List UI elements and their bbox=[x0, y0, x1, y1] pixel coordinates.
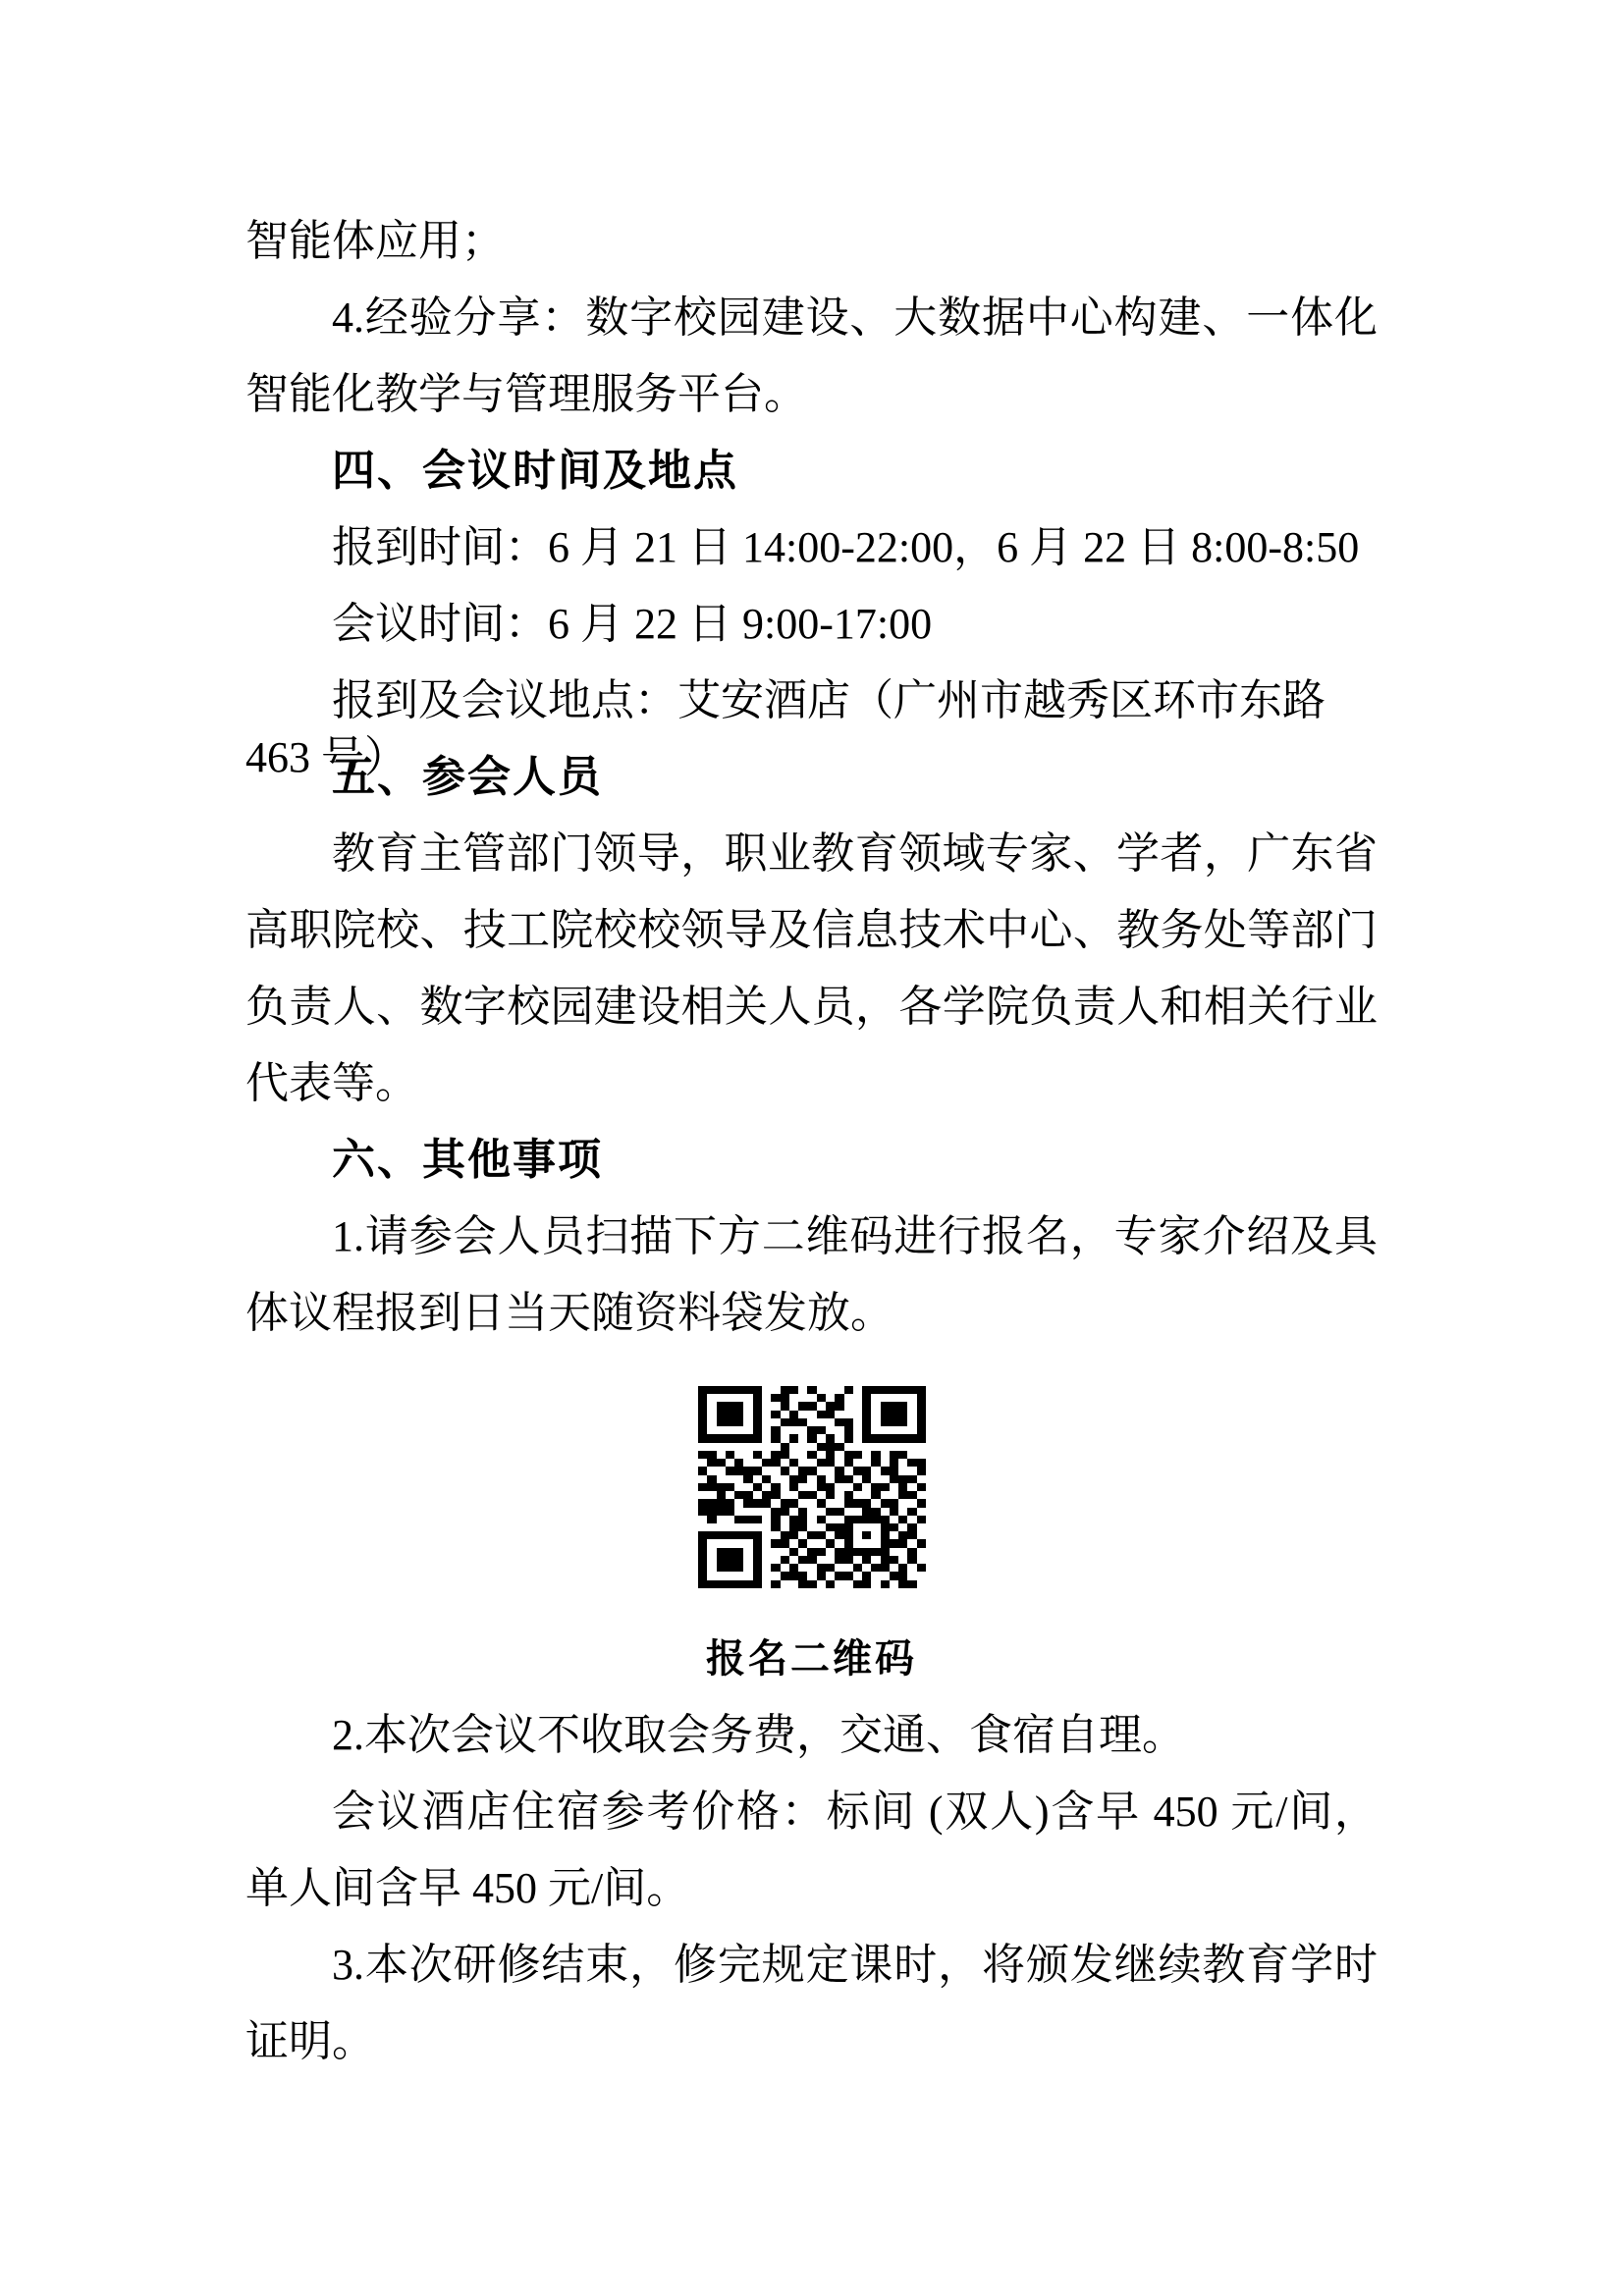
qr-module bbox=[798, 1572, 807, 1579]
qr-module bbox=[707, 1491, 716, 1499]
qr-row bbox=[698, 1539, 926, 1547]
qr-module bbox=[871, 1386, 880, 1394]
qr-module bbox=[881, 1418, 890, 1426]
qr-module bbox=[734, 1531, 743, 1539]
qr-module bbox=[743, 1491, 752, 1499]
qr-module bbox=[734, 1564, 743, 1572]
qr-module bbox=[881, 1394, 890, 1402]
qr-module bbox=[698, 1459, 707, 1467]
qr-module bbox=[853, 1572, 862, 1579]
qr-module bbox=[717, 1467, 726, 1474]
qr-module bbox=[781, 1418, 789, 1426]
qr-module bbox=[817, 1572, 826, 1579]
qr-module bbox=[698, 1491, 707, 1499]
qr-module bbox=[771, 1523, 780, 1531]
qr-module bbox=[753, 1411, 762, 1418]
qr-module bbox=[743, 1411, 752, 1418]
qr-module bbox=[753, 1434, 762, 1442]
qr-row bbox=[698, 1548, 926, 1556]
qr-module bbox=[871, 1491, 880, 1499]
qr-module bbox=[771, 1386, 780, 1394]
qr-module bbox=[698, 1411, 707, 1418]
qr-module bbox=[807, 1443, 816, 1451]
qr-module bbox=[743, 1426, 752, 1434]
qr-module bbox=[826, 1467, 835, 1474]
qr-module bbox=[743, 1434, 752, 1442]
qr-module bbox=[835, 1411, 843, 1418]
qr-module bbox=[734, 1556, 743, 1564]
qr-module bbox=[826, 1394, 835, 1402]
qr-module bbox=[890, 1556, 898, 1564]
qr-module bbox=[898, 1483, 907, 1491]
qr-module bbox=[807, 1572, 816, 1579]
qr-module bbox=[817, 1499, 826, 1507]
qr-module bbox=[789, 1556, 798, 1564]
qr-module bbox=[734, 1418, 743, 1426]
qr-module bbox=[717, 1411, 726, 1418]
qr-module bbox=[844, 1402, 853, 1410]
qr-module bbox=[726, 1564, 734, 1572]
qr-module bbox=[707, 1564, 716, 1572]
qr-module bbox=[807, 1483, 816, 1491]
qr-module bbox=[807, 1564, 816, 1572]
qr-module bbox=[871, 1394, 880, 1402]
qr-module bbox=[807, 1434, 816, 1442]
qr-module bbox=[844, 1516, 853, 1523]
qr-module bbox=[853, 1491, 862, 1499]
qr-module bbox=[734, 1572, 743, 1579]
qr-module bbox=[898, 1516, 907, 1523]
qr-module bbox=[898, 1434, 907, 1442]
qr-module bbox=[698, 1386, 707, 1394]
qr-module bbox=[707, 1475, 716, 1483]
qr-module bbox=[907, 1402, 916, 1410]
qr-module bbox=[917, 1531, 926, 1539]
qr-module bbox=[743, 1475, 752, 1483]
qr-module bbox=[771, 1394, 780, 1402]
qr-module bbox=[771, 1402, 780, 1410]
qr-module bbox=[881, 1443, 890, 1451]
qr-module bbox=[853, 1531, 862, 1539]
qr-module bbox=[817, 1467, 826, 1474]
qr-module bbox=[781, 1411, 789, 1418]
qr-module bbox=[917, 1394, 926, 1402]
qr-module bbox=[717, 1434, 726, 1442]
qr-module bbox=[917, 1418, 926, 1426]
qr-module bbox=[898, 1426, 907, 1434]
qr-module bbox=[871, 1556, 880, 1564]
qr-module bbox=[707, 1483, 716, 1491]
qr-module bbox=[807, 1467, 816, 1474]
qr-module bbox=[881, 1516, 890, 1523]
qr-row bbox=[698, 1394, 926, 1402]
qr-module bbox=[698, 1426, 707, 1434]
doc-line: 教育主管部门领导，职业教育领域专家、学者，广东省 bbox=[245, 826, 1378, 882]
qr-module bbox=[898, 1556, 907, 1564]
qr-module bbox=[698, 1443, 707, 1451]
qr-module bbox=[789, 1499, 798, 1507]
doc-line: 报到时间：6 月 21 日 14:00-22:00，6 月 22 日 8:00-… bbox=[245, 519, 1378, 576]
qr-row bbox=[698, 1451, 926, 1459]
qr-module bbox=[862, 1434, 871, 1442]
qr-row bbox=[698, 1572, 926, 1579]
qr-module bbox=[835, 1491, 843, 1499]
qr-module bbox=[890, 1508, 898, 1516]
qr-module bbox=[771, 1499, 780, 1507]
qr-module bbox=[743, 1499, 752, 1507]
qr-module bbox=[726, 1434, 734, 1442]
qr-module bbox=[826, 1459, 835, 1467]
qr-module bbox=[753, 1499, 762, 1507]
qr-module bbox=[871, 1451, 880, 1459]
qr-module bbox=[734, 1523, 743, 1531]
qr-module bbox=[698, 1580, 707, 1588]
qr-module bbox=[898, 1459, 907, 1467]
qr-module bbox=[771, 1443, 780, 1451]
qr-module bbox=[853, 1580, 862, 1588]
qr-module bbox=[835, 1572, 843, 1579]
qr-module bbox=[817, 1402, 826, 1410]
qr-module bbox=[853, 1443, 862, 1451]
qr-module bbox=[890, 1386, 898, 1394]
qr-module bbox=[898, 1564, 907, 1572]
qr-module bbox=[898, 1467, 907, 1474]
qr-module bbox=[798, 1467, 807, 1474]
qr-module bbox=[807, 1580, 816, 1588]
qr-module bbox=[753, 1508, 762, 1516]
qr-module bbox=[853, 1411, 862, 1418]
qr-module bbox=[917, 1443, 926, 1451]
qr-module bbox=[917, 1539, 926, 1547]
qr-module bbox=[917, 1572, 926, 1579]
qr-module bbox=[717, 1548, 726, 1556]
qr-module bbox=[844, 1418, 853, 1426]
qr-module bbox=[781, 1386, 789, 1394]
qr-row bbox=[698, 1475, 926, 1483]
qr-module bbox=[917, 1564, 926, 1572]
qr-module bbox=[743, 1548, 752, 1556]
qr-module bbox=[881, 1580, 890, 1588]
qr-module bbox=[753, 1475, 762, 1483]
qr-module bbox=[771, 1483, 780, 1491]
qr-module bbox=[771, 1516, 780, 1523]
qr-module bbox=[881, 1572, 890, 1579]
qr-module bbox=[844, 1523, 853, 1531]
qr-module bbox=[743, 1516, 752, 1523]
qr-module bbox=[726, 1426, 734, 1434]
qr-module bbox=[917, 1451, 926, 1459]
qr-module bbox=[871, 1483, 880, 1491]
qr-module bbox=[881, 1475, 890, 1483]
qr-module bbox=[826, 1556, 835, 1564]
qr-module bbox=[890, 1531, 898, 1539]
qr-module bbox=[898, 1386, 907, 1394]
qr-module bbox=[707, 1580, 716, 1588]
qr-module bbox=[871, 1572, 880, 1579]
qr-module bbox=[717, 1483, 726, 1491]
qr-module bbox=[771, 1564, 780, 1572]
qr-module bbox=[717, 1572, 726, 1579]
qr-module bbox=[781, 1499, 789, 1507]
qr-module bbox=[881, 1483, 890, 1491]
qr-module bbox=[890, 1451, 898, 1459]
qr-module bbox=[762, 1443, 771, 1451]
qr-row bbox=[698, 1402, 926, 1410]
qr-module bbox=[789, 1443, 798, 1451]
qr-module bbox=[844, 1491, 853, 1499]
qr-module bbox=[881, 1386, 890, 1394]
qr-module bbox=[890, 1402, 898, 1410]
qr-module bbox=[862, 1508, 871, 1516]
qr-module bbox=[917, 1459, 926, 1467]
qr-module bbox=[771, 1539, 780, 1547]
qr-module bbox=[781, 1443, 789, 1451]
qr-module bbox=[890, 1483, 898, 1491]
qr-module bbox=[807, 1531, 816, 1539]
qr-module bbox=[807, 1451, 816, 1459]
qr-module bbox=[698, 1451, 707, 1459]
qr-module bbox=[826, 1411, 835, 1418]
qr-module bbox=[907, 1572, 916, 1579]
qr-module bbox=[734, 1434, 743, 1442]
qr-module bbox=[771, 1459, 780, 1467]
qr-module bbox=[781, 1548, 789, 1556]
qr-row bbox=[698, 1556, 926, 1564]
qr-module bbox=[753, 1580, 762, 1588]
qr-module bbox=[844, 1386, 853, 1394]
qr-module bbox=[835, 1548, 843, 1556]
qr-module bbox=[835, 1499, 843, 1507]
qr-module bbox=[807, 1499, 816, 1507]
qr-module bbox=[762, 1556, 771, 1564]
qr-module bbox=[807, 1516, 816, 1523]
qr-module bbox=[707, 1418, 716, 1426]
qr-module bbox=[753, 1539, 762, 1547]
qr-module bbox=[898, 1572, 907, 1579]
qr-module bbox=[734, 1580, 743, 1588]
qr-module bbox=[898, 1548, 907, 1556]
qr-module bbox=[807, 1539, 816, 1547]
qr-module bbox=[762, 1483, 771, 1491]
qr-module bbox=[707, 1531, 716, 1539]
qr-module bbox=[898, 1499, 907, 1507]
qr-module bbox=[917, 1411, 926, 1418]
qr-module bbox=[890, 1516, 898, 1523]
qr-module bbox=[862, 1523, 871, 1531]
qr-module bbox=[917, 1499, 926, 1507]
qr-module bbox=[881, 1459, 890, 1467]
qr-module bbox=[753, 1443, 762, 1451]
qr-module bbox=[862, 1539, 871, 1547]
qr-module bbox=[789, 1491, 798, 1499]
qr-module bbox=[835, 1467, 843, 1474]
qr-module bbox=[881, 1434, 890, 1442]
qr-module bbox=[781, 1539, 789, 1547]
qr-module bbox=[734, 1491, 743, 1499]
qr-module bbox=[698, 1402, 707, 1410]
qr-module bbox=[781, 1531, 789, 1539]
qr-module bbox=[862, 1451, 871, 1459]
qr-module bbox=[781, 1402, 789, 1410]
qr-module bbox=[717, 1459, 726, 1467]
qr-module bbox=[835, 1531, 843, 1539]
qr-module bbox=[890, 1426, 898, 1434]
qr-module bbox=[798, 1516, 807, 1523]
qr-module bbox=[898, 1394, 907, 1402]
qr-module bbox=[890, 1467, 898, 1474]
qr-module bbox=[717, 1508, 726, 1516]
qr-module bbox=[726, 1580, 734, 1588]
qr-row bbox=[698, 1531, 926, 1539]
qr-module bbox=[771, 1548, 780, 1556]
qr-module bbox=[862, 1426, 871, 1434]
doc-line: 负责人、数字校园建设相关人员，各学院负责人和相关行业 bbox=[245, 979, 1378, 1036]
qr-module bbox=[862, 1580, 871, 1588]
qr-module bbox=[743, 1418, 752, 1426]
qr-module bbox=[871, 1411, 880, 1418]
qr-module bbox=[862, 1475, 871, 1483]
qr-module bbox=[881, 1523, 890, 1531]
qr-module bbox=[835, 1386, 843, 1394]
qr-module bbox=[835, 1418, 843, 1426]
qr-module bbox=[698, 1418, 707, 1426]
qr-module bbox=[743, 1556, 752, 1564]
qr-module bbox=[717, 1491, 726, 1499]
qr-module bbox=[907, 1434, 916, 1442]
qr-module bbox=[717, 1516, 726, 1523]
qr-module bbox=[907, 1539, 916, 1547]
qr-module bbox=[789, 1394, 798, 1402]
qr-module bbox=[707, 1459, 716, 1467]
qr-module bbox=[707, 1402, 716, 1410]
qr-module bbox=[853, 1459, 862, 1467]
qr-module bbox=[743, 1508, 752, 1516]
qr-module bbox=[762, 1499, 771, 1507]
qr-module bbox=[898, 1443, 907, 1451]
qr-module bbox=[771, 1491, 780, 1499]
qr-module bbox=[781, 1564, 789, 1572]
qr-module bbox=[798, 1475, 807, 1483]
qr-module bbox=[907, 1564, 916, 1572]
doc-line: 会议酒店住宿参考价格：标间 (双人)含早 450 元/间， bbox=[245, 1784, 1378, 1841]
qr-module bbox=[771, 1426, 780, 1434]
qr-module bbox=[862, 1394, 871, 1402]
qr-module bbox=[717, 1499, 726, 1507]
qr-module bbox=[789, 1475, 798, 1483]
qr-module bbox=[917, 1508, 926, 1516]
qr-module bbox=[807, 1475, 816, 1483]
qr-module bbox=[734, 1394, 743, 1402]
qr-module bbox=[753, 1459, 762, 1467]
qr-module bbox=[698, 1564, 707, 1572]
qr-module bbox=[726, 1443, 734, 1451]
qr-module bbox=[798, 1556, 807, 1564]
qr-module bbox=[898, 1418, 907, 1426]
qr-module bbox=[726, 1411, 734, 1418]
doc-line: 4.经验分享：数字校园建设、大数据中心构建、一体化 bbox=[245, 290, 1378, 347]
qr-module bbox=[907, 1426, 916, 1434]
qr-module bbox=[798, 1499, 807, 1507]
qr-module bbox=[717, 1531, 726, 1539]
qr-module bbox=[890, 1580, 898, 1588]
qr-module bbox=[771, 1580, 780, 1588]
qr-module bbox=[698, 1499, 707, 1507]
qr-module bbox=[835, 1564, 843, 1572]
qr-module bbox=[743, 1443, 752, 1451]
qr-module bbox=[853, 1523, 862, 1531]
qr-row bbox=[698, 1499, 926, 1507]
qr-module bbox=[789, 1411, 798, 1418]
qr-module bbox=[881, 1508, 890, 1516]
qr-module bbox=[753, 1418, 762, 1426]
qr-module bbox=[871, 1516, 880, 1523]
qr-module bbox=[835, 1459, 843, 1467]
qr-module bbox=[734, 1483, 743, 1491]
qr-module bbox=[798, 1508, 807, 1516]
qr-module bbox=[817, 1580, 826, 1588]
qr-module bbox=[907, 1508, 916, 1516]
qr-module bbox=[881, 1411, 890, 1418]
qr-module bbox=[881, 1531, 890, 1539]
qr-module bbox=[853, 1508, 862, 1516]
qr-module bbox=[817, 1418, 826, 1426]
qr-module bbox=[753, 1531, 762, 1539]
qr-module bbox=[698, 1508, 707, 1516]
qr-module bbox=[817, 1426, 826, 1434]
qr-module bbox=[781, 1467, 789, 1474]
qr-module bbox=[871, 1564, 880, 1572]
qr-module bbox=[762, 1451, 771, 1459]
qr-module bbox=[898, 1411, 907, 1418]
qr-module bbox=[862, 1418, 871, 1426]
qr-row bbox=[698, 1426, 926, 1434]
qr-module bbox=[844, 1580, 853, 1588]
qr-module bbox=[881, 1556, 890, 1564]
qr-row bbox=[698, 1386, 926, 1394]
qr-row bbox=[698, 1418, 926, 1426]
qr-module bbox=[781, 1483, 789, 1491]
qr-module bbox=[890, 1491, 898, 1499]
qr-module bbox=[734, 1426, 743, 1434]
qr-module bbox=[771, 1467, 780, 1474]
qr-module bbox=[907, 1475, 916, 1483]
qr-module bbox=[844, 1539, 853, 1547]
qr-module bbox=[762, 1548, 771, 1556]
qr-module bbox=[771, 1418, 780, 1426]
qr-module bbox=[871, 1418, 880, 1426]
qr-module bbox=[853, 1475, 862, 1483]
qr-module bbox=[789, 1539, 798, 1547]
qr-module bbox=[898, 1508, 907, 1516]
qr-module bbox=[798, 1418, 807, 1426]
qr-module bbox=[743, 1531, 752, 1539]
qr-module bbox=[835, 1523, 843, 1531]
qr-module bbox=[890, 1459, 898, 1467]
qr-module bbox=[753, 1426, 762, 1434]
qr-module bbox=[907, 1483, 916, 1491]
qr-module bbox=[907, 1386, 916, 1394]
qr-module bbox=[771, 1556, 780, 1564]
qr-module bbox=[817, 1483, 826, 1491]
qr-module bbox=[817, 1548, 826, 1556]
qr-module bbox=[807, 1523, 816, 1531]
qr-module bbox=[726, 1386, 734, 1394]
qr-module bbox=[844, 1572, 853, 1579]
qr-module bbox=[762, 1508, 771, 1516]
qr-module bbox=[844, 1475, 853, 1483]
qr-module bbox=[753, 1572, 762, 1579]
qr-module bbox=[835, 1516, 843, 1523]
